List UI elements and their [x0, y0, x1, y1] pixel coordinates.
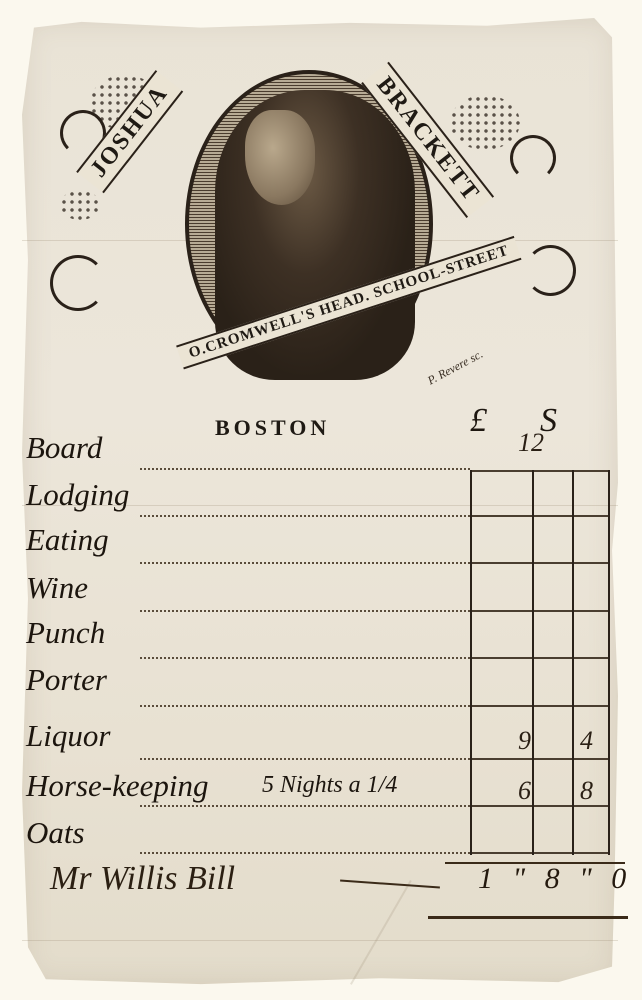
item-label: Porter — [26, 662, 107, 698]
item-label: Board — [26, 430, 102, 466]
grid-row-line — [470, 657, 608, 659]
leader-dots — [140, 852, 470, 854]
grid-row-line — [470, 758, 608, 760]
city-name: BOSTON — [215, 415, 330, 441]
bill-total: 1 " 8 " 0 — [478, 862, 632, 896]
pence-amount: 8 — [580, 776, 593, 806]
pounds-column-header: £ — [470, 402, 487, 440]
grid-row-line — [470, 562, 608, 564]
item-label: Punch — [26, 615, 105, 651]
leader-dots — [140, 562, 470, 564]
engraved-trade-card: JOSHUA BRACKETT O.CROMWELL'S HEAD. SCHOO… — [30, 15, 590, 465]
leader-dots — [140, 758, 470, 760]
grape-cluster-icon — [450, 95, 520, 150]
fold-line — [22, 940, 618, 941]
grid-row-line — [470, 852, 608, 854]
item-label: Horse-keeping — [26, 768, 209, 804]
leader-dots — [140, 657, 470, 659]
grid-column-line — [572, 470, 574, 855]
rococo-scroll-icon — [525, 245, 576, 296]
customer-bill-name: Mr Willis Bill — [50, 860, 235, 898]
grid-column-line — [470, 470, 472, 855]
engraver-signature: P. Revere sc. — [425, 347, 486, 389]
item-label: Oats — [26, 815, 85, 851]
grid-column-line — [608, 470, 610, 855]
leader-dots — [140, 805, 470, 807]
grape-cluster-icon — [60, 190, 100, 220]
portrait-face — [245, 110, 315, 205]
shillings-amount: 6 — [518, 776, 531, 806]
shillings-amount: 12 — [518, 428, 544, 458]
item-note: 5 Nights a 1/4 — [262, 772, 397, 799]
grid-top-line — [470, 470, 608, 472]
total-rule-bottom — [428, 916, 628, 919]
shillings-amount: 9 — [518, 726, 531, 756]
grid-row-line — [470, 705, 608, 707]
grid-row-line — [470, 515, 608, 517]
item-label: Wine — [26, 570, 88, 606]
grid-row-line — [470, 610, 608, 612]
grid-column-line — [532, 470, 534, 855]
item-label: Eating — [26, 522, 109, 558]
rococo-scroll-icon — [50, 255, 106, 311]
item-label: Liquor — [26, 718, 110, 754]
item-label: Lodging — [26, 477, 129, 513]
pence-amount: 4 — [580, 726, 593, 756]
leader-dots — [140, 468, 470, 470]
leader-dots — [140, 705, 470, 707]
leader-dots — [140, 610, 470, 612]
leader-dots — [140, 515, 470, 517]
rococo-scroll-icon — [510, 135, 556, 181]
